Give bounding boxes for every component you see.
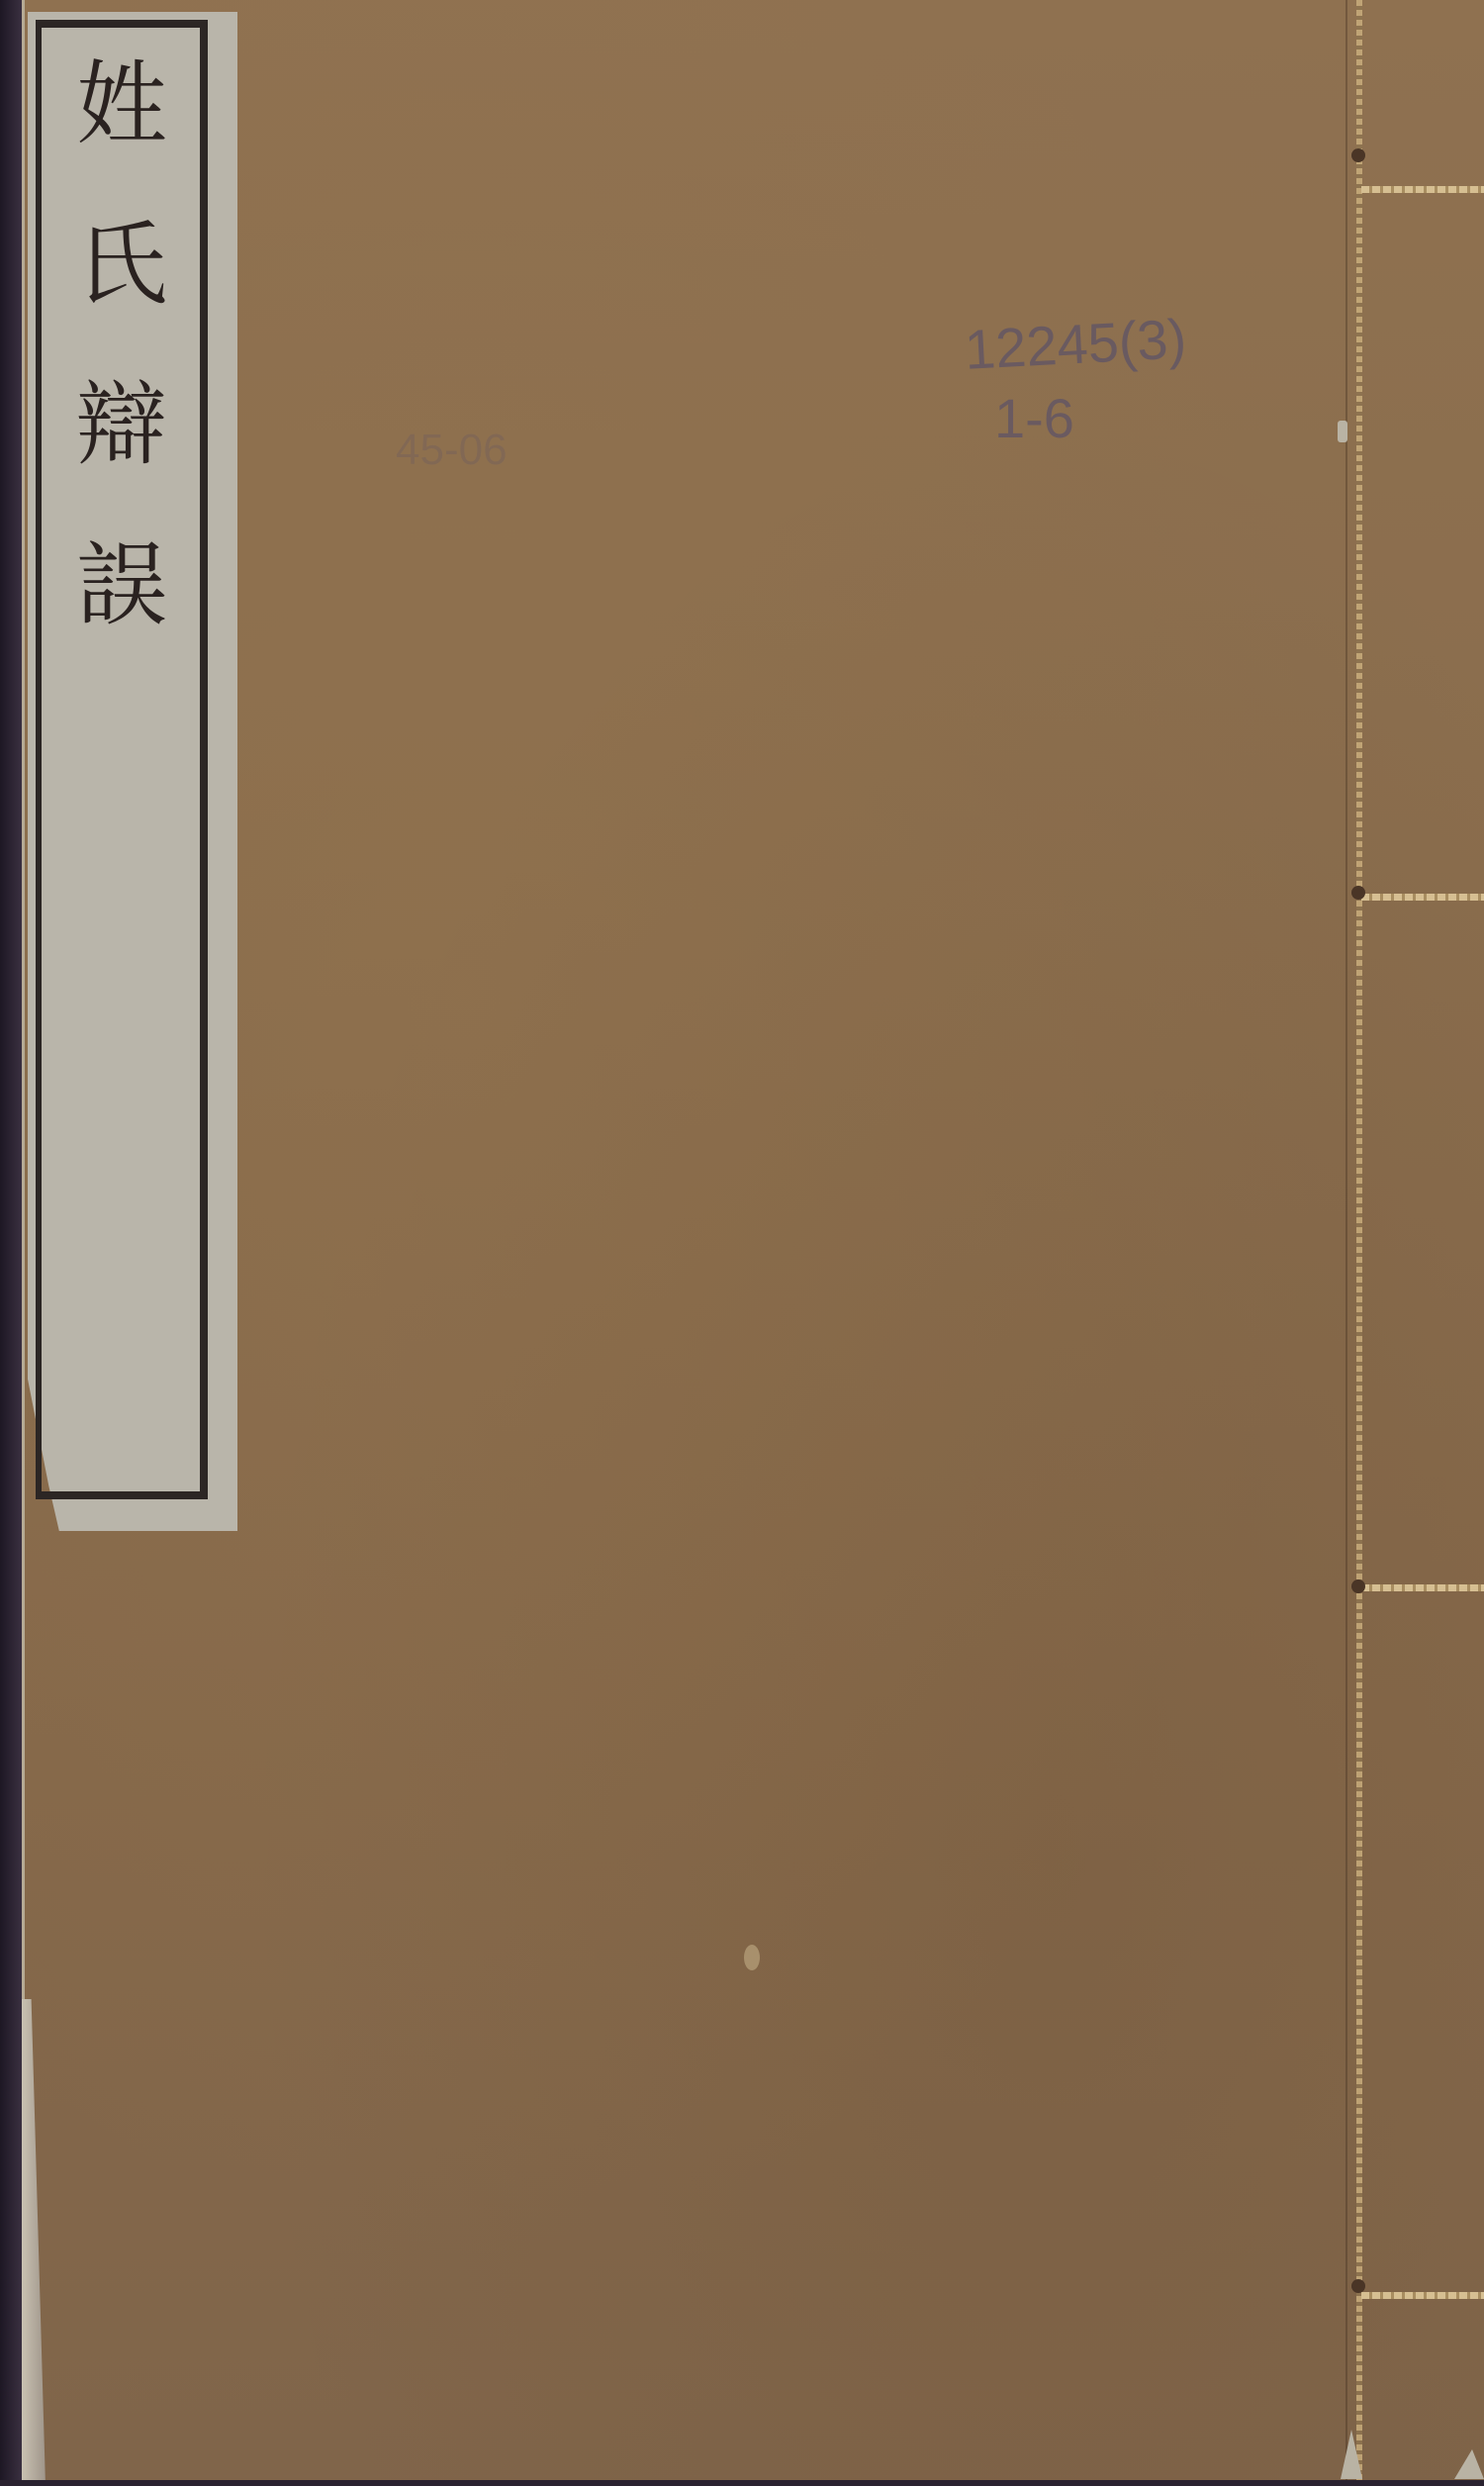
bottom-edge [0,2480,1484,2486]
cover-wear-spot [1338,421,1347,442]
faint-pencil-mark: 45-06 [396,426,508,475]
binding-fold-line [1345,0,1347,2486]
binding-stitch-4 [1361,2292,1484,2299]
binding-stitch-3 [1361,1584,1484,1591]
stitch-hole-2 [1351,886,1365,900]
stitch-hole-4 [1351,2279,1365,2293]
book-spine-edge [0,0,22,2486]
book-title: 姓 氏 辯 誤 [47,59,196,631]
book-cover [22,0,1484,2480]
cover-blemish [744,1945,760,1970]
binding-stitch-1 [1361,186,1484,193]
title-char-3: 辯 [76,380,167,471]
stitch-hole-3 [1351,1579,1365,1593]
volume-range-annotation: 1-6 [994,386,1074,450]
binding-stitch-2 [1361,894,1484,901]
title-char-4: 誤 [76,540,167,631]
call-number-annotation: 12245(3) [963,306,1187,382]
stitch-hole-1 [1351,148,1365,162]
binding-thread-vertical [1356,0,1362,2486]
title-char-2: 氏 [76,220,167,311]
title-char-1: 姓 [76,59,167,150]
